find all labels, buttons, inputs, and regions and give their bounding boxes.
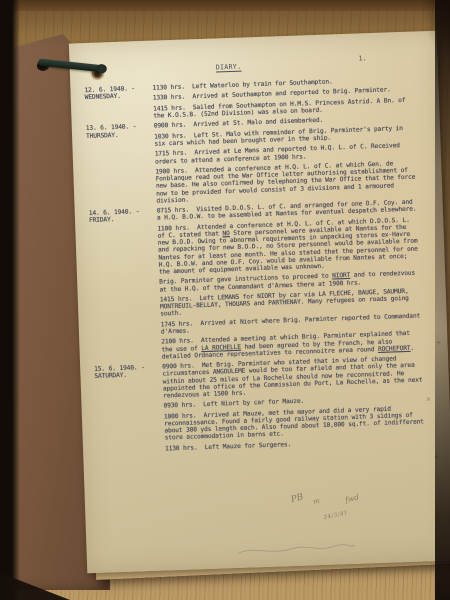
- diary-entry: 15. 6. 1940. -SATURDAY.0900 hrs. Met Bri…: [162, 355, 427, 453]
- item-text: Met Brig. Parminter who stated that in v…: [162, 355, 422, 399]
- entry-date-column: 12. 6. 1940. -WEDNESDAY.: [84, 85, 150, 102]
- diary-item: 15. 6. 1940. -SATURDAY.0900 hrs. Met Bri…: [162, 355, 425, 400]
- item-text: Arrived at Mauze, met the mayor and did …: [164, 405, 424, 442]
- diary-entry: 13. 6. 1940. -THURSDAY.0900 hrs. Arrived…: [154, 114, 419, 205]
- photo-of-diary-page: DIARY. 1. 12. 6. 1940. -WEDNESDAY.1130 h…: [0, 0, 450, 600]
- diary-entry: 12. 6. 1940. -WEDNESDAY.1130 hrs. Left W…: [152, 76, 415, 120]
- item-time: 1330 hrs.: [153, 94, 186, 102]
- photo-edge-shadow-right: [435, 0, 450, 600]
- item-text: Left Niort by car for Mauze.: [203, 398, 304, 409]
- item-text: Attended a conference at H.Q. L. of C. a…: [156, 160, 416, 204]
- entry-date-column: 15. 6. 1940. -SATURDAY.: [94, 364, 160, 381]
- item-text: Left Mauze for Surgeres.: [205, 441, 292, 451]
- handwritten-date: 24/3/41: [323, 510, 348, 521]
- item-time: 1130 hrs.: [165, 444, 198, 452]
- diary-page: DIARY. 1. 12. 6. 1940. -WEDNESDAY.1130 h…: [69, 31, 450, 574]
- item-time: 0930 hrs.: [163, 402, 196, 410]
- item-text: Arrived at St. Malo and disembarked.: [193, 117, 323, 129]
- pencil-scribble-icon: [236, 540, 356, 558]
- handwritten-squiggle: m: [312, 496, 322, 506]
- item-text: Attended a conference at H.Q. L. of C. a…: [158, 217, 418, 276]
- entry-day: FRIDAY.: [89, 215, 155, 225]
- handwritten-word: fwd: [344, 492, 360, 504]
- entry-date-column: 13. 6. 1940. -THURSDAY.: [86, 123, 152, 140]
- desk-edge: [0, 0, 450, 11]
- diary-item: 1100 hrs. Attended a conference at H.Q. …: [157, 216, 421, 276]
- item-time: 1130 hrs.: [152, 84, 185, 92]
- handwritten-note: PB m fwd 24/3/41: [282, 482, 404, 538]
- diary-entries: 12. 6. 1940. -WEDNESDAY.1130 hrs. Left W…: [152, 76, 427, 456]
- diary-item: 1900 hrs. Attended a conference at H.Q. …: [155, 159, 418, 204]
- page-header: DIARY. 1.: [69, 31, 437, 44]
- handwritten-initials: PB: [290, 492, 305, 505]
- pencil-mark: ×: [425, 395, 431, 403]
- photo-edge-shadow-left: [0, 0, 20, 600]
- diary-item: 1000 hrs. Arrived at Mauze, met the mayo…: [164, 404, 427, 442]
- item-time: 0900 hrs.: [154, 122, 187, 130]
- page-number: 1.: [358, 54, 366, 62]
- page-title: DIARY.: [216, 63, 242, 72]
- diary-entry: 14. 6. 1940. -FRIDAY.0715 hrs. Visited D…: [157, 199, 424, 361]
- entry-day: SATURDAY.: [94, 371, 160, 381]
- entry-day: THURSDAY.: [86, 130, 152, 140]
- entry-date-column: 14. 6. 1940. -FRIDAY.: [89, 208, 155, 225]
- entry-day: WEDNESDAY.: [85, 92, 151, 102]
